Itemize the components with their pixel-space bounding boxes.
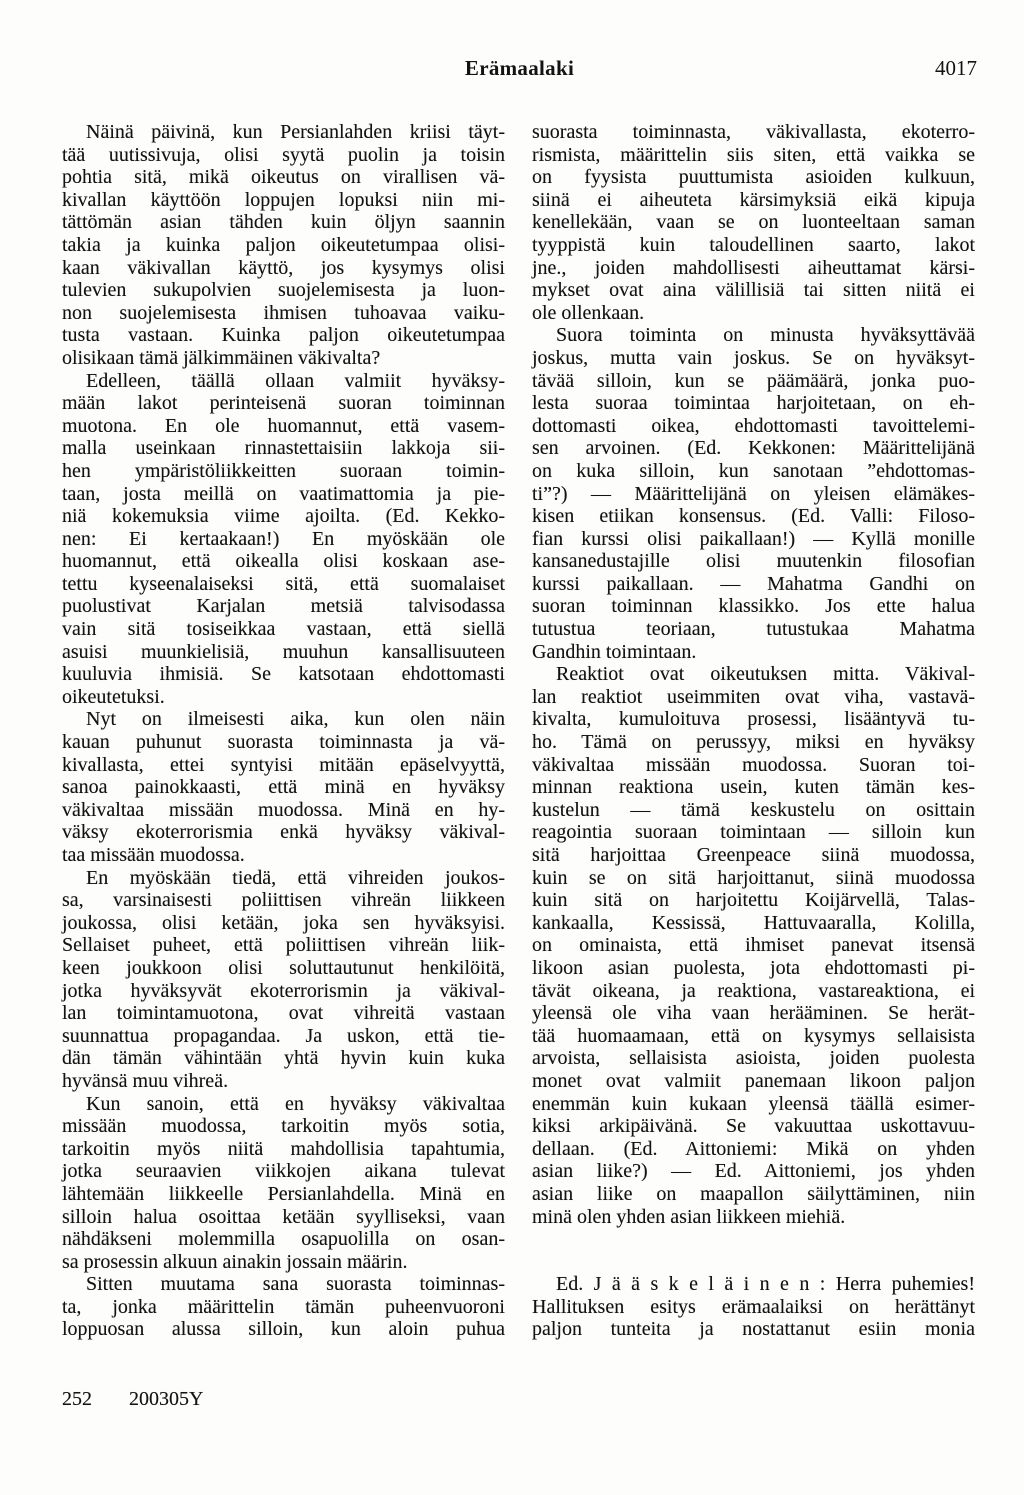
right-column: suorasta toiminnasta, väkivallasta, ekot…: [532, 121, 975, 1341]
text-line: paljon tunteita ja nostattanut esiin mon…: [532, 1318, 975, 1341]
text-line: lähtemään liikkeelle Persianlahdella. Mi…: [62, 1183, 505, 1206]
text-line: tyyppistä kuin taloudellinen saarto, lak…: [532, 234, 975, 257]
text-line: suorasta toiminnasta, väkivallasta, ekot…: [532, 121, 975, 144]
text-line: tää uutissivuja, olisi syytä puolin ja t…: [62, 144, 505, 167]
text-line: kiksi arkipäivänä. Se vakuuttaa uskottav…: [532, 1115, 975, 1138]
text-line: silloin halua osoittaa ketään syylliseks…: [62, 1206, 505, 1229]
text-line: kenellekään, vaan se on luonteeltaan sam…: [532, 211, 975, 234]
text-line: väkivaltaa missään muodossa. Suoran toi-: [532, 754, 975, 777]
text-line: tulevien sukupolvien suojelemisesta ja l…: [62, 279, 505, 302]
text-line: malla useinkaan rinnastettaisiin lakkoja…: [62, 437, 505, 460]
text-line: takia ja kuinka paljon oikeutetumpaa oli…: [62, 234, 505, 257]
text-line: monet ovat valmiit panemaan likoon paljo…: [532, 1070, 975, 1093]
footer-sheet-number: 252: [62, 1388, 92, 1410]
text-line: siinä ei aiheuteta kärsimyksiä eikä kipu…: [532, 189, 975, 212]
text-line: puolustivat Karjalan metsiä talvisodassa: [62, 595, 505, 618]
paragraph: Edelleen, täällä ollaan valmiit hyväksy-…: [62, 370, 505, 709]
text-line: tutustua teoriaan, tutustukaa Mahatma: [532, 618, 975, 641]
text-line: ole ollenkaan.: [532, 302, 975, 325]
text-line: ta, jonka määrittelin tämän puheenvuoron…: [62, 1296, 505, 1319]
text-line: reagointia suoraan toimintaan — silloin …: [532, 821, 975, 844]
text-line: minnan reaktiona usein, kuten tämän kes-: [532, 776, 975, 799]
paragraph: Suora toiminta on minusta hyväksyttävääj…: [532, 324, 975, 663]
text-line: keen joukkoon olisi soluttautunut henkil…: [62, 957, 505, 980]
text-line: sen arvoinen. (Ed. Kekkonen: Määrittelij…: [532, 437, 975, 460]
text-line: jotka seuraavien viikkojen aikana tuleva…: [62, 1160, 505, 1183]
footer-print-code: 200305Y: [129, 1388, 203, 1410]
text-line: kustelun — tämä keskustelu on osittain: [532, 799, 975, 822]
text-line: Suora toiminta on minusta hyväksyttävää: [532, 324, 975, 347]
text-line: kurssi paikallaan. — Mahatma Gandhi on: [532, 573, 975, 596]
paragraph: Näinä päivinä, kun Persianlahden kriisi …: [62, 121, 505, 370]
text-line: pohtia sitä, mikä oikeutus on virallisen…: [62, 166, 505, 189]
text-line: joukossa, olisi ketään, joka sen hyväksy…: [62, 912, 505, 935]
text-line: enemmän kuin kukaan yleensä täällä esime…: [532, 1093, 975, 1116]
paragraph: Kun sanoin, että en hyväksy väkivaltaami…: [62, 1093, 505, 1274]
page-footer: 252 200305Y: [62, 1388, 203, 1411]
text-line: kivallan käyttöön loppujen lopuksi niin …: [62, 189, 505, 212]
text-line: joskus, mutta vain joskus. Se on hyväksy…: [532, 347, 975, 370]
text-line: Kun sanoin, että en hyväksy väkivaltaa: [62, 1093, 505, 1116]
text-line: nen: Ei kertaakaan!) En myöskään ole: [62, 528, 505, 551]
page-header: Erämaalaki 4017: [62, 56, 977, 84]
text-line: Edelleen, täällä ollaan valmiit hyväksy-: [62, 370, 505, 393]
text-line: tävät oikeana, ja reaktiona, vastareakti…: [532, 980, 975, 1003]
text-line: Reaktiot ovat oikeutuksen mitta. Väkival…: [532, 663, 975, 686]
text-line: kivalta, kumuloituva prosessi, lisääntyv…: [532, 708, 975, 731]
text-line: tävää silloin, kun se päämäärä, jonka pu…: [532, 370, 975, 393]
text-line: dän tämän vähintään yhtä hyvin kuin kuka: [62, 1047, 505, 1070]
text-line: loppuosan alussa silloin, kun aloin puhu…: [62, 1318, 505, 1341]
text-line: niä kokemuksia viime ajoilta. (Ed. Kekko…: [62, 505, 505, 528]
text-line: Gandhin toimintaan.: [532, 641, 975, 664]
text-line: dottomasti oikea, ehdottomasti tavoittel…: [532, 415, 975, 438]
text-line: jne., joiden mahdollisesti aiheuttamat k…: [532, 257, 975, 280]
text-line: ti”?) — Määrittelijänä on yleisen elämäk…: [532, 483, 975, 506]
text-line: kuin sitä on harjoitettu Koijärvellä, Ta…: [532, 889, 975, 912]
text-line: rismista, määrittelin siis siten, että v…: [532, 144, 975, 167]
text-line: Hallituksen esitys erämaalaiksi on herät…: [532, 1296, 975, 1319]
text-line: Sellaiset puheet, että poliittisen vihre…: [62, 934, 505, 957]
text-line: olisikaan tämä jälkimmäinen väkivalta?: [62, 347, 505, 370]
text-line: sa prosessin alkuun ainakin jossain määr…: [62, 1251, 505, 1274]
text-line: tarkoitin myös niitä mahdollisia tapahtu…: [62, 1138, 505, 1161]
text-line: arvoista, sellaisista asioista, joiden p…: [532, 1047, 975, 1070]
text-line: jotka hyväksyvät ekoterrorismin ja väkiv…: [62, 980, 505, 1003]
text-line: kansanedustajille olisi muutenkin filoso…: [532, 550, 975, 573]
paragraph: Nyt on ilmeisesti aika, kun olen näinkau…: [62, 708, 505, 866]
paragraph: Sitten muutama sana suorasta toiminnas-t…: [62, 1273, 505, 1341]
text-line: oikeutetuksi.: [62, 686, 505, 709]
text-line: kankaalla, Kessissä, Hattuvaaralla, Koli…: [532, 912, 975, 935]
text-line: non suojelemisesta ihmisen tuhoavaa vaik…: [62, 302, 505, 325]
text-line: sanoa painokkaasti, että minä en hyväksy: [62, 776, 505, 799]
text-line: suunnattua propagandaa. Ja uskon, että t…: [62, 1025, 505, 1048]
text-line: taan, josta meillä on vaatimattomia ja p…: [62, 483, 505, 506]
document-page: Erämaalaki 4017 Näinä päivinä, kun Persi…: [0, 0, 1024, 1495]
text-line: on kuka silloin, kun sanotaan ”ehdottoma…: [532, 460, 975, 483]
text-line: likoon asian puolesta, jota ehdottomasti…: [532, 957, 975, 980]
text-line: sa, varsinaisesti poliittisen vihreän li…: [62, 889, 505, 912]
text-line: lan reaktiot useimmiten ovat viha, vasta…: [532, 686, 975, 709]
text-line: on ominaista, että ihmiset panevat itsen…: [532, 934, 975, 957]
text-line: ho. Tämä on perussyy, miksi en hyväksy: [532, 731, 975, 754]
text-line: kivallasta, ettei syntyisi mitään epäsel…: [62, 754, 505, 777]
text-line: asuisi muunkielisiä, muuhun kansallisuut…: [62, 641, 505, 664]
text-line: kaan väkivallan käyttö, jos kysymys olis…: [62, 257, 505, 280]
text-line: hyvänsä muu vihreä.: [62, 1070, 505, 1093]
text-line: väkivaltaa missään muodossa. Minä en hy-: [62, 799, 505, 822]
text-line: tettu kyseenalaiseksi sitä, että suomala…: [62, 573, 505, 596]
text-line: Ed. J ä ä s k e l ä i n e n : Herra puhe…: [532, 1273, 975, 1296]
page-number: 4017: [935, 56, 977, 81]
text-line: tättömän asian tähden kuin öljyn saannin: [62, 211, 505, 234]
text-line: missään muodossa, tarkoitin myös sotia,: [62, 1115, 505, 1138]
text-line: huomannut, että oikealla olisi koskaan a…: [62, 550, 505, 573]
text-line: minä olen yhden asian liikkeen miehiä.: [532, 1206, 975, 1229]
paragraph: suorasta toiminnasta, väkivallasta, ekot…: [532, 121, 975, 324]
text-line: Nyt on ilmeisesti aika, kun olen näin: [62, 708, 505, 731]
text-line: hen ympäristöliikkeitten suoraan toimin-: [62, 460, 505, 483]
text-line: nähdäkseni molemmilla osapuolilla on osa…: [62, 1228, 505, 1251]
text-line: mykset ovat aina välillisiä tai sitten n…: [532, 279, 975, 302]
paragraph: Ed. J ä ä s k e l ä i n e n : Herra puhe…: [532, 1273, 975, 1341]
text-line: kuuluvia ihmisiä. Se katsotaan ehdottoma…: [62, 663, 505, 686]
text-line: tää huomaamaan, että on kysymys sellaisi…: [532, 1025, 975, 1048]
text-line: asian liike?) — Ed. Aittoniemi, jos yhde…: [532, 1160, 975, 1183]
text-line: Sitten muutama sana suorasta toiminnas-: [62, 1273, 505, 1296]
text-line: muotona. En ole huomannut, että vasem-: [62, 415, 505, 438]
page-title: Erämaalaki: [62, 56, 977, 81]
text-line: vain sitä tosiseikkaa vastaan, että siel…: [62, 618, 505, 641]
text-line: kauan puhunut suorasta toiminnasta ja vä…: [62, 731, 505, 754]
text-body: Näinä päivinä, kun Persianlahden kriisi …: [62, 121, 975, 1341]
text-line: fian kurssi olisi paikallaan!) — Kyllä m…: [532, 528, 975, 551]
text-line: mään lakot perinteisenä suoran toiminnan: [62, 392, 505, 415]
text-line: suoran toiminnan klassikko. Jos ette hal…: [532, 595, 975, 618]
text-line: yleensä ole viha vaan herääminen. Se her…: [532, 1002, 975, 1025]
paragraph: En myöskään tiedä, että vihreiden joukos…: [62, 867, 505, 1093]
text-line: tusta vastaan. Kuinka paljon oikeutetump…: [62, 324, 505, 347]
text-line: lan toimintamuotona, ovat vihreitä vasta…: [62, 1002, 505, 1025]
text-line: kuin se on sitä harjoittanut, siinä muod…: [532, 867, 975, 890]
text-line: Näinä päivinä, kun Persianlahden kriisi …: [62, 121, 505, 144]
text-line: kisen etiikan konsensus. (Ed. Valli: Fil…: [532, 505, 975, 528]
left-column: Näinä päivinä, kun Persianlahden kriisi …: [62, 121, 505, 1341]
text-line: väksy ekoterrorismia enkä hyväksy väkiva…: [62, 821, 505, 844]
paragraph: Reaktiot ovat oikeutuksen mitta. Väkival…: [532, 663, 975, 1228]
text-line: sitä harjoittaa Greenpeace siinä muodoss…: [532, 844, 975, 867]
text-line: taa missään muodossa.: [62, 844, 505, 867]
text-line: on fyysista puuttumista asioiden kulkuun…: [532, 166, 975, 189]
text-line: lesta suoraa toimintaa harjoitetaan, on …: [532, 392, 975, 415]
text-line: En myöskään tiedä, että vihreiden joukos…: [62, 867, 505, 890]
text-line: dellaan. (Ed. Aittoniemi: Mikä on yhden: [532, 1138, 975, 1161]
text-line: asian liike on maapallon säilyttäminen, …: [532, 1183, 975, 1206]
